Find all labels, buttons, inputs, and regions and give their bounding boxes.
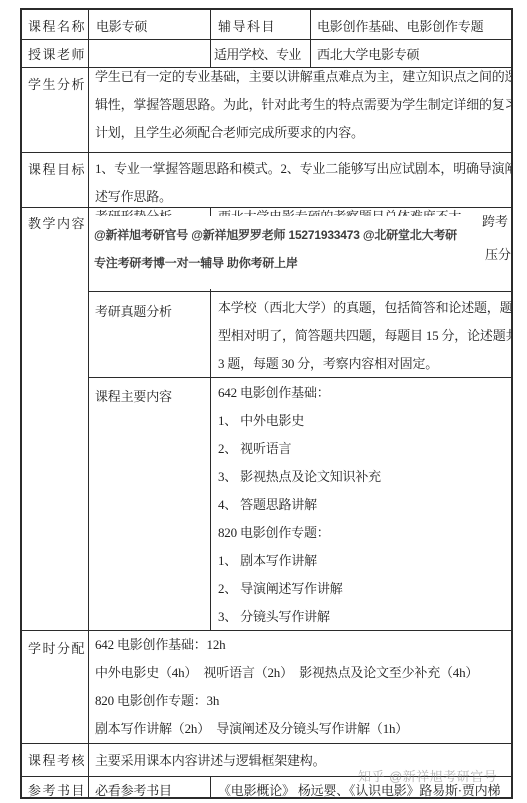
text-line: 本学校（西北大学）的真题，包括简答和论述题，题 xyxy=(218,294,512,322)
text-line: 642 电影创作基础：12h xyxy=(95,631,511,659)
text-line: 学生已有一定的专业基础，主要以讲解重点难点为主，建立知识点之间的逻 xyxy=(95,63,511,91)
grid-line-h1 xyxy=(20,39,513,40)
course-name-label: 课程名称 xyxy=(28,16,86,35)
teaching-content-label: 教学内容 xyxy=(28,213,86,232)
real-questions-text: 本学校（西北大学）的真题，包括简答和论述题，题型相对明了，简答题共四题，每题目 … xyxy=(218,294,512,378)
text-line: 计划，且学生必须配合老师完成所要求的内容。 xyxy=(95,119,511,147)
student-analysis-text: 学生已有一定的专业基础，主要以讲解重点难点为主，建立知识点之间的逻辑性，掌握答题… xyxy=(95,63,511,147)
main-content-label: 课程主要内容 xyxy=(95,386,172,405)
text-line: 型相对明了，简答题共四题，每题目 15 分，论述题共 xyxy=(218,322,512,350)
tutoring-subject-label: 辅导科目 xyxy=(218,16,276,35)
zhihu-corner-watermark: 知乎 @新祥旭考研官号 xyxy=(358,766,497,785)
grid-line-v2a xyxy=(210,8,211,67)
exam-situation-fragment-1: 跨考 xyxy=(482,211,508,230)
text-line: 中外电影史（4h） 视听语言（2h） 影视热点及论文至少补充（4h） xyxy=(95,659,511,687)
applicable-school-label: 适用学校、专业 xyxy=(214,44,301,63)
course-name-value: 电影专硕 xyxy=(96,16,147,35)
text-line: 3、 分镜头写作讲解 xyxy=(218,603,512,631)
hours-allocation-label: 学时分配 xyxy=(28,638,86,657)
real-questions-label: 考研真题分析 xyxy=(95,301,172,320)
text-line: 2、 导演阐述写作讲解 xyxy=(218,575,512,603)
applicable-school-value: 西北大学电影专硕 xyxy=(317,44,419,63)
text-line: 642 电影创作基础： xyxy=(218,379,512,407)
tutoring-subject-value: 电影创作基础、电影创作专题 xyxy=(317,16,483,35)
text-line: 辑性，掌握答题思路。为此，针对此考生的特点需要为学生制定详细的复习 xyxy=(95,91,511,119)
text-line: 2、 视听语言 xyxy=(218,435,512,463)
text-line: 3、 影视热点及论文知识补充 xyxy=(218,463,512,491)
grid-line-h5-sub xyxy=(88,291,513,292)
teacher-label: 授课老师 xyxy=(28,44,86,63)
grid-line-h8 xyxy=(20,743,513,744)
course-assessment-label: 课程考核 xyxy=(28,750,86,769)
grid-line-v3 xyxy=(310,8,311,67)
text-line: 3 题，每题 30 分，考察内容相对固定。 xyxy=(218,350,512,378)
text-line: 1、 中外电影史 xyxy=(218,407,512,435)
text-line: 820 电影创作专题：3h xyxy=(95,687,511,715)
course-goal-text: 1、专业一掌握答题思路和模式。2、专业二能够写出应试剧本，明确导演阐述写作思路。 xyxy=(95,155,511,211)
exam-situation-fragment-2: 压分 xyxy=(485,244,511,263)
course-goal-label: 课程目标 xyxy=(28,159,86,178)
grid-line-v1 xyxy=(88,8,89,797)
text-line: 1、 剧本写作讲解 xyxy=(218,547,512,575)
grid-line-h3 xyxy=(20,152,513,153)
hours-allocation-text: 642 电影创作基础：12h中外电影史（4h） 视听语言（2h） 影视热点及论文… xyxy=(95,631,511,743)
main-content-text: 642 电影创作基础：1、 中外电影史2、 视听语言3、 影视热点及论文知识补充… xyxy=(218,379,512,631)
text-line: 4、 答题思路讲解 xyxy=(218,491,512,519)
references-sub-label: 必看参考书目 xyxy=(95,780,172,799)
student-analysis-label: 学生分析 xyxy=(28,74,86,93)
course-assessment-text: 主要采用课本内容讲述与逻辑框架建构。 xyxy=(95,750,325,769)
watermark-line-1: @新祥旭考研官号 @新祥旭罗罗老师 15271933473 @北研堂北大考研 xyxy=(94,226,457,243)
text-line: 1、专业一掌握答题思路和模式。2、专业二能够写出应试剧本，明确导演阐 xyxy=(95,155,511,183)
text-line: 820 电影创作专题： xyxy=(218,519,512,547)
grid-line-v2c xyxy=(210,776,211,797)
references-label: 参考书目 xyxy=(28,780,86,799)
watermark-line-2: 专注考研考博一对一辅导 助你考研上岸 xyxy=(94,254,298,271)
text-line: 剧本写作讲解（2h） 导演阐述及分镜头写作讲解（1h） xyxy=(95,715,511,743)
